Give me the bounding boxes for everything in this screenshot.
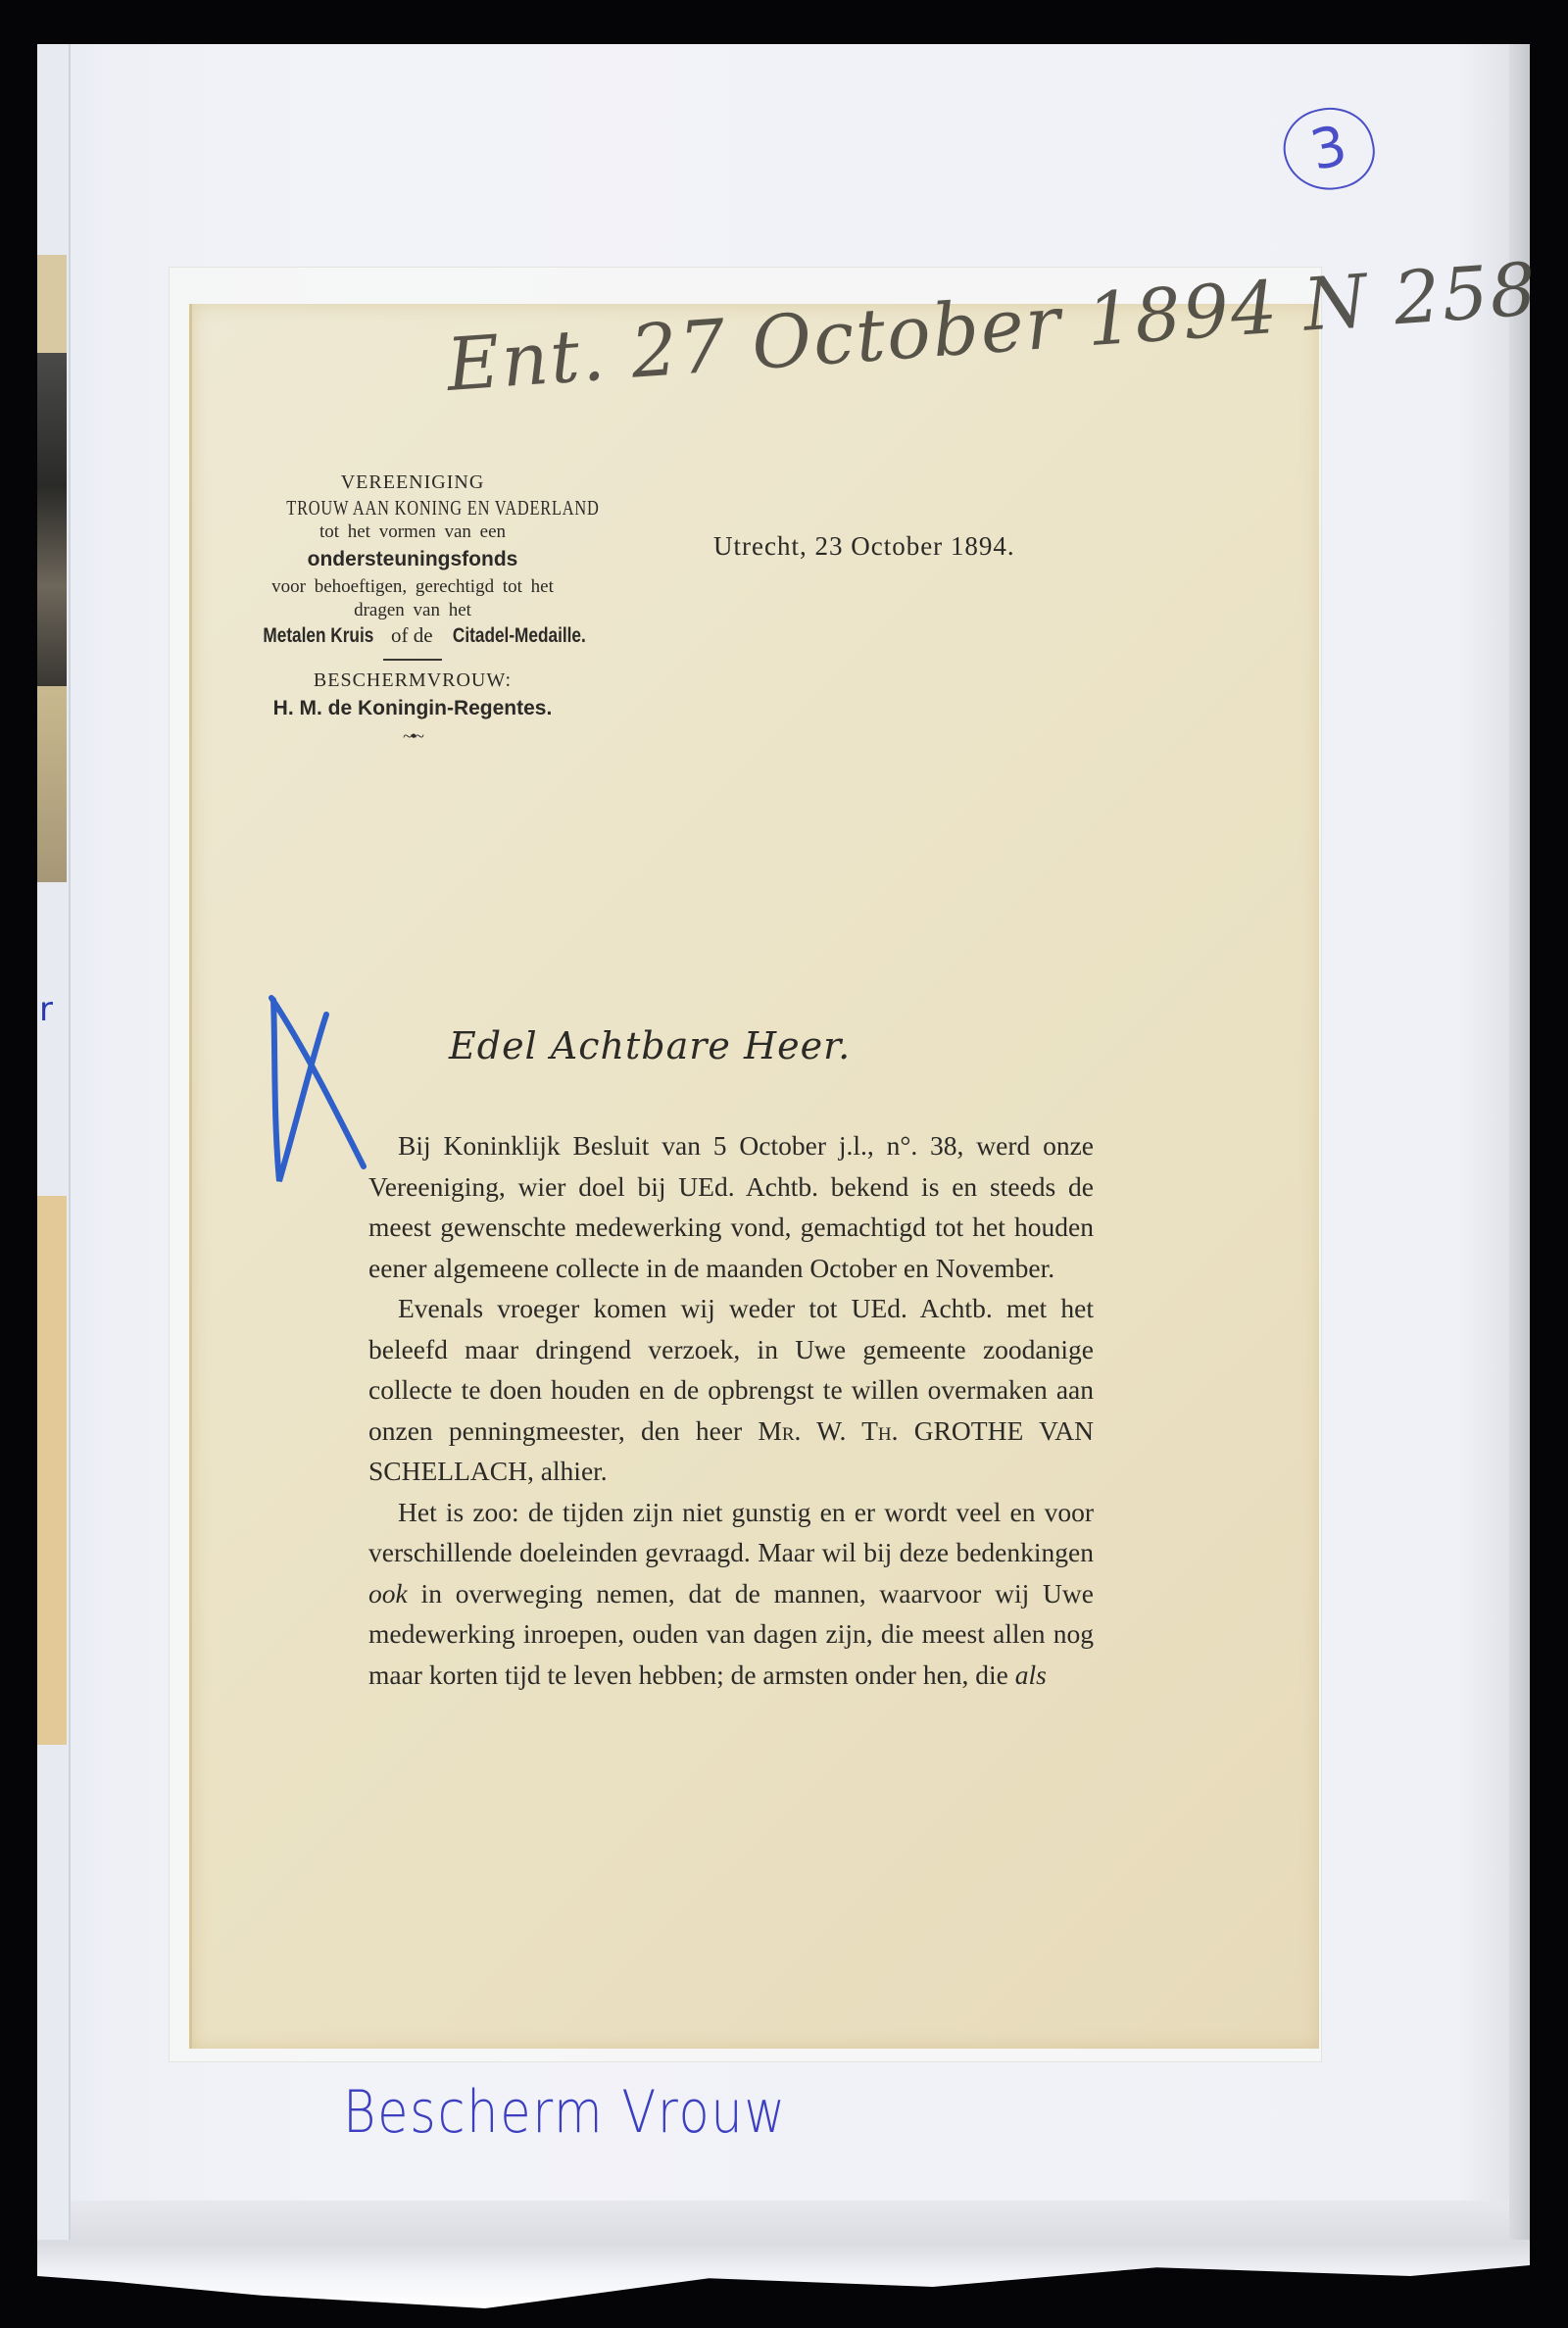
paragraph: Het is zoo: de tijden zijn niet gunstig … xyxy=(368,1492,1094,1696)
patron-name: H. M. de Koningin-Regentes. xyxy=(251,696,574,721)
paragraph-text: Het is zoo: de tijden zijn niet gunstig … xyxy=(368,1497,1094,1568)
ornament-icon: ~•~ xyxy=(251,725,574,748)
emphasis: als xyxy=(1015,1659,1047,1690)
medal-name: Citadel-Medaille. xyxy=(453,623,586,649)
salutation: Edel Achtbare Heer. xyxy=(449,1024,851,1067)
letterhead-text: tot het vormen van een xyxy=(251,520,574,544)
adjacent-page-scrap xyxy=(37,255,67,353)
paragraph: Bij Koninklijk Besluit van 5 October j.l… xyxy=(368,1125,1094,1288)
paragraph-text: in overweging nemen, dat de mannen, waar… xyxy=(368,1578,1094,1690)
letterhead-title: VEREENIGING xyxy=(251,471,574,495)
paragraph-text: , alhier. xyxy=(527,1456,608,1486)
adjacent-page-scrap xyxy=(37,1196,67,1745)
medal-name: Metalen Kruis xyxy=(263,623,373,649)
letterhead-text: voor behoeftigen, gerechtigd tot het xyxy=(251,575,574,599)
letterhead-text: dragen van het xyxy=(251,599,574,622)
emphasis: ook xyxy=(368,1578,408,1609)
letter-body: Bij Koninklijk Besluit van 5 October j.l… xyxy=(368,1125,1094,1695)
letterhead-fund: ondersteuningsfonds xyxy=(251,547,574,572)
letterhead-society-name: TROUW AAN KONING EN VADERLAND xyxy=(286,495,538,520)
blue-pencil-check-icon xyxy=(266,990,373,1186)
adjacent-page-photo xyxy=(37,353,67,686)
letterhead: VEREENIGING TROUW AAN KONING EN VADERLAN… xyxy=(251,471,574,748)
letterhead-medals: Metalen Kruis of de Citadel-Medaille. xyxy=(251,622,574,649)
left-margin-note: r xyxy=(39,990,53,1029)
patron-label: BESCHERMVROUW: xyxy=(251,669,574,693)
page-stack-edge xyxy=(1509,44,1530,2240)
letterhead-divider xyxy=(383,659,442,661)
adjacent-page-scrap xyxy=(37,686,67,882)
letterhead-text: of de xyxy=(386,623,438,647)
paragraph: Evenals vroeger komen wij weder tot UEd.… xyxy=(368,1288,1094,1492)
dateline: Utrecht, 23 October 1894. xyxy=(713,531,1015,562)
handwritten-caption: Bescherm Vrouw xyxy=(343,2078,787,2147)
letter-document: Ent. 27 October 1894 N 258 VEREENIGING T… xyxy=(189,304,1319,2049)
